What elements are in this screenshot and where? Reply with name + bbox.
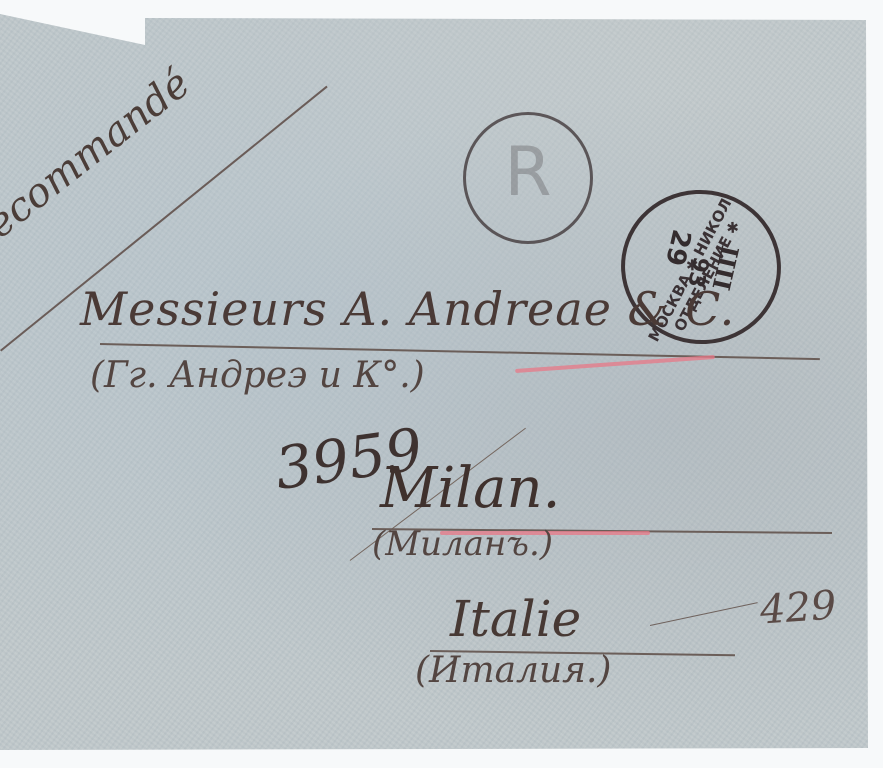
city-cyrillic: (Миланъ.): [372, 524, 553, 564]
addressee-line: Messieurs A. Andreae & C.: [80, 282, 735, 336]
registration-stamp: R: [463, 112, 593, 244]
registration-stamp-letter: R: [466, 133, 590, 212]
envelope: Recommandé R МОСКВА ✱ НИКОЛ. ОТДЕЛЕНИЕ ✱…: [0, 0, 883, 768]
country-cyrillic: (Италия.): [415, 650, 611, 691]
country: Italie: [450, 590, 581, 648]
addressee-cyrillic: (Гг. Андреэ и К°.): [90, 355, 425, 396]
city: Milan.: [380, 456, 560, 521]
side-number: 429: [758, 582, 837, 633]
